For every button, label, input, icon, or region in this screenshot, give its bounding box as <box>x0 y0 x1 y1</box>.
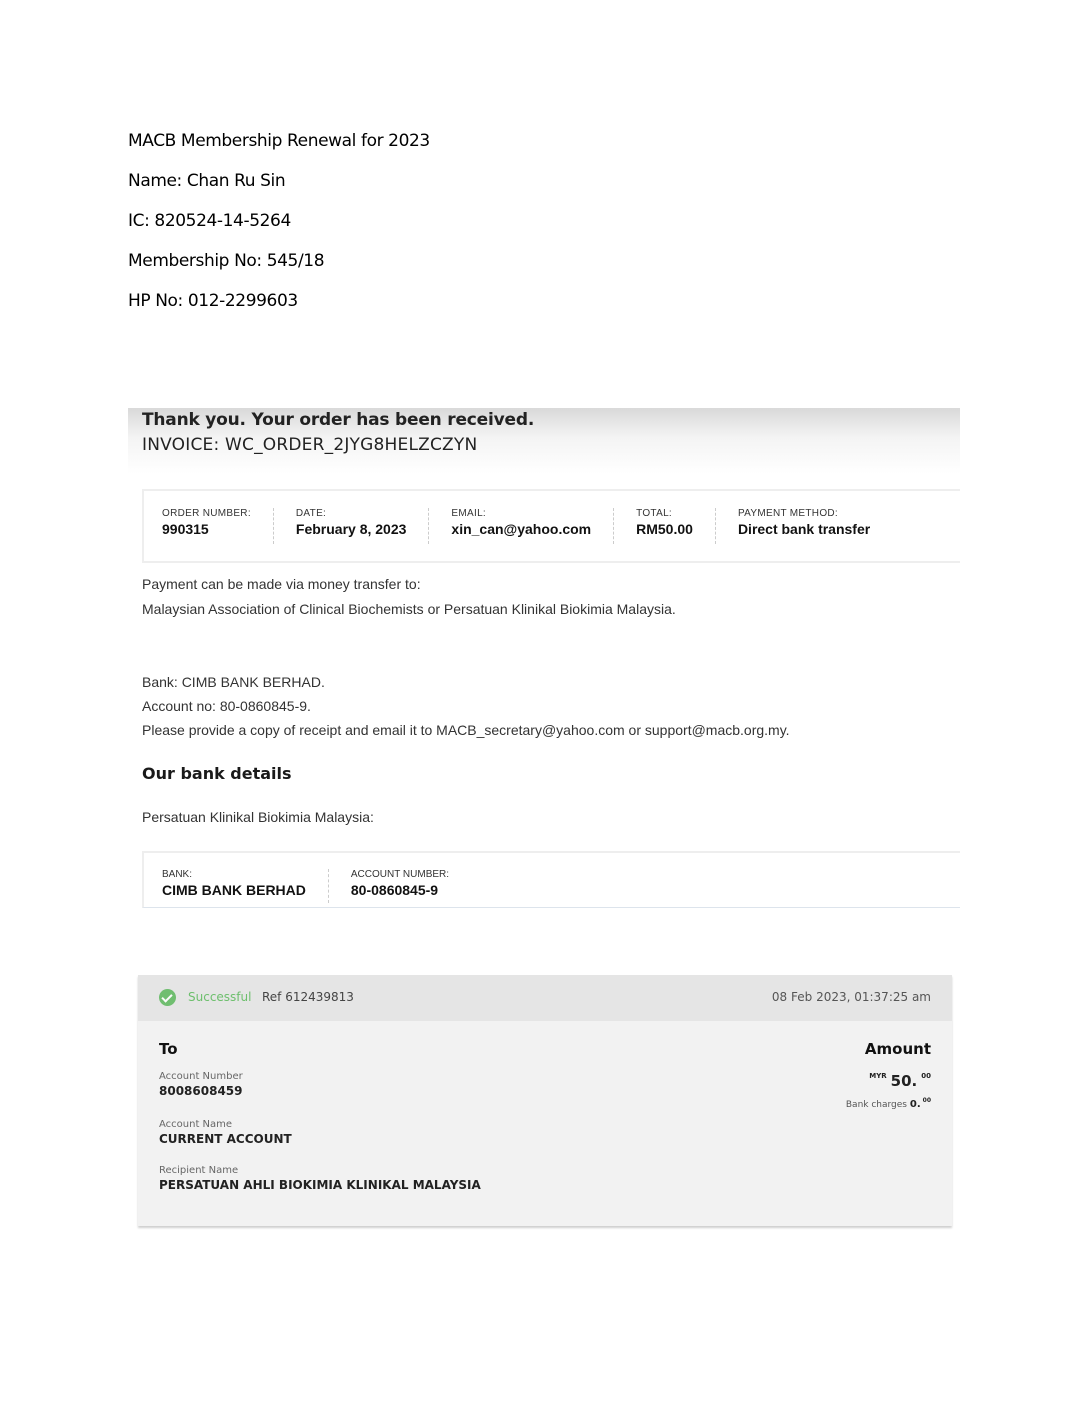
to-heading: To <box>159 1040 178 1058</box>
payee-name: Malaysian Association of Clinical Bioche… <box>142 601 676 617</box>
order-date: DATE: February 8, 2023 <box>274 508 430 544</box>
thank-you-message: Thank you. Your order has been received. <box>142 410 534 430</box>
recipient-account-name: Account Name CURRENT ACCOUNT <box>159 1119 292 1146</box>
transfer-amount: MYR50.00 <box>869 1071 931 1090</box>
bank-charges: Bank charges 0.00 <box>846 1097 931 1110</box>
order-overview: ORDER NUMBER: 990315 DATE: February 8, 2… <box>142 489 960 563</box>
order-confirmation-screenshot: Thank you. Your order has been received.… <box>128 408 960 908</box>
membership-number: Membership No: 545/18 <box>128 248 430 288</box>
status-badge: Successful <box>188 990 251 1004</box>
bank-name: BANK: CIMB BANK BERHAD <box>162 869 329 903</box>
phone-number: HP No: 012-2299603 <box>128 288 430 328</box>
check-circle-icon <box>159 989 176 1006</box>
member-ic: IC: 820524-14-5264 <box>128 208 430 248</box>
bank-details-owner: Persatuan Klinikal Biokimia Malaysia: <box>142 809 374 825</box>
account-line: Account no: 80-0860845-9. <box>142 698 311 714</box>
payment-method: PAYMENT METHOD: Direct bank transfer <box>716 508 892 544</box>
bank-account-number: ACCOUNT NUMBER: 80-0860845-9 <box>329 869 471 903</box>
amount-heading: Amount <box>865 1040 931 1058</box>
transaction-timestamp: 08 Feb 2023, 01:37:25 am <box>772 990 931 1004</box>
bank-details-heading: Our bank details <box>142 764 292 783</box>
order-email: EMAIL: xin_can@yahoo.com <box>429 508 614 544</box>
order-total: TOTAL: RM50.00 <box>614 508 716 544</box>
document-title: MACB Membership Renewal for 2023 <box>128 128 430 168</box>
payment-intro: Payment can be made via money transfer t… <box>142 576 421 592</box>
invoice-id: INVOICE: WC_ORDER_2JYG8HELZCZYN <box>142 435 477 455</box>
bank-details: BANK: CIMB BANK BERHAD ACCOUNT NUMBER: 8… <box>142 851 960 908</box>
reference-number: Ref 612439813 <box>262 990 354 1004</box>
member-info: MACB Membership Renewal for 2023 Name: C… <box>128 128 430 328</box>
member-name: Name: Chan Ru Sin <box>128 168 430 208</box>
order-number: ORDER NUMBER: 990315 <box>162 508 274 544</box>
recipient-name: Recipient Name PERSATUAN AHLI BIOKIMIA K… <box>159 1165 481 1192</box>
recipient-account-number: Account Number 8008608459 <box>159 1071 243 1098</box>
transfer-receipt: Successful Ref 612439813 08 Feb 2023, 01… <box>138 975 952 1226</box>
bank-line: Bank: CIMB BANK BERHAD. <box>142 674 325 690</box>
receipt-note: Please provide a copy of receipt and ema… <box>142 722 790 738</box>
